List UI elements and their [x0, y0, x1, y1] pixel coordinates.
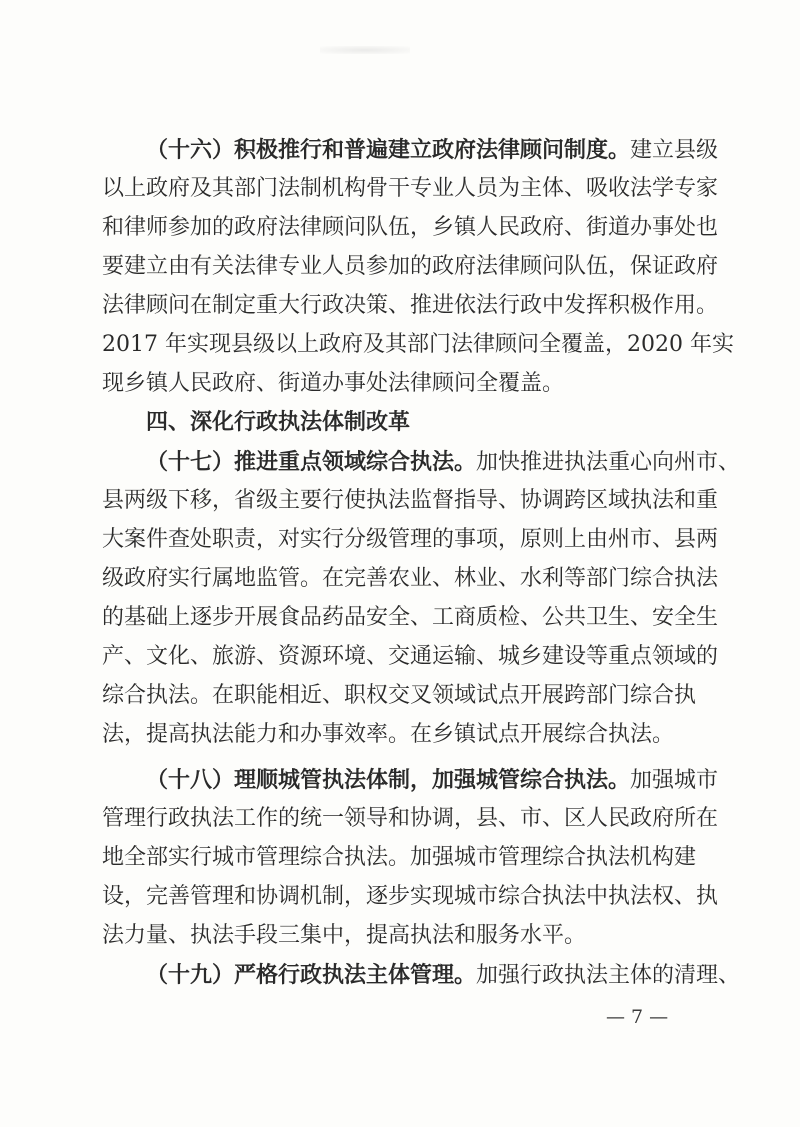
paragraph-16-line-3: 和律师参加的政府法律顾问队伍，乡镇人民政府、街道办事处也	[102, 213, 688, 243]
paragraph-18-title: （十八）理顺城管执法体制，加强城管综合执法。	[146, 767, 630, 793]
paragraph-17-line-1: （十七）推进重点领域综合执法。加快推进执法重心向州市、	[146, 447, 688, 477]
scan-artifact	[320, 46, 410, 54]
paragraph-17-line-7: 综合执法。在职能相近、职权交叉领域试点开展跨部门综合执	[102, 681, 688, 711]
paragraph-16-line-4: 要建立由有关法律专业人员参加的政府法律顾问队伍，保证政府	[102, 252, 688, 282]
paragraph-16-line-6: 2017 年实现县级以上政府及其部门法律顾问全覆盖，2020 年实	[102, 330, 688, 360]
paragraph-16-title: （十六）积极推行和普遍建立政府法律顾问制度。	[146, 137, 630, 163]
paragraph-18-line-5: 法力量、执法手段三集中，提高执法和服务水平。	[102, 921, 688, 951]
paragraph-18-line-3: 地全部实行城市管理综合执法。加强城市管理综合执法机构建	[102, 843, 688, 873]
paragraph-17-line-2: 县两级下移，省级主要行使执法监督指导、协调跨区域执法和重	[102, 486, 688, 516]
paragraph-17-line-5: 的基础上逐步开展食品药品安全、工商质检、公共卫生、安全生	[102, 603, 688, 633]
paragraph-16-line-1: （十六）积极推行和普遍建立政府法律顾问制度。建立县级	[146, 135, 688, 165]
paragraph-17-line-3: 大案件查处职责，对实行分级管理的事项，原则上由州市、县两	[102, 525, 688, 555]
paragraph-19-title: （十九）严格行政执法主体管理。	[146, 962, 476, 988]
paragraph-17-title: （十七）推进重点领域综合执法。	[146, 449, 476, 475]
paragraph-17-line-8: 法，提高执法能力和办事效率。在乡镇试点开展综合执法。	[102, 720, 688, 750]
paragraph-19-line-1: （十九）严格行政执法主体管理。加强行政执法主体的清理、	[146, 960, 688, 990]
page-number: — 7 —	[606, 1004, 668, 1030]
paragraph-16-line-7: 现乡镇人民政府、街道办事处法律顾问全覆盖。	[102, 369, 688, 399]
document-page: （十六）积极推行和普遍建立政府法律顾问制度。建立县级 以上政府及其部门法制机构骨…	[0, 0, 800, 1127]
paragraph-16-line-2: 以上政府及其部门法制机构骨干专业人员为主体、吸收法学专家	[102, 174, 688, 204]
section-heading-4: 四、深化行政执法体制改革	[146, 408, 688, 438]
paragraph-17-line-4: 级政府实行属地监管。在完善农业、林业、水利等部门综合执法	[102, 564, 688, 594]
paragraph-17-line-6: 产、文化、旅游、资源环境、交通运输、城乡建设等重点领域的	[102, 642, 688, 672]
paragraph-18-line-2: 管理行政执法工作的统一领导和协调，县、市、区人民政府所在	[102, 804, 688, 834]
paragraph-18-line-1: （十八）理顺城管执法体制，加强城管综合执法。加强城市	[146, 765, 688, 795]
paragraph-16-line-5: 法律顾问在制定重大行政决策、推进依法行政中发挥积极作用。	[102, 291, 688, 321]
paragraph-18-line-4: 设，完善管理和协调机制，逐步实现城市综合执法中执法权、执	[102, 882, 688, 912]
